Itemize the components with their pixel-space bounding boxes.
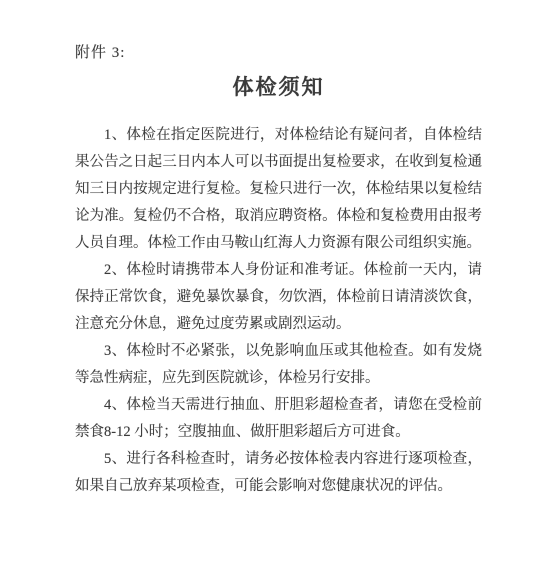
document-page: 附件 3: 体检须知 1、体检在指定医院进行，对体检结论有疑问者，自体检结果公告…: [0, 0, 557, 587]
paragraph-1: 1、体检在指定医院进行，对体检结论有疑问者，自体检结果公告之日起三日内本人可以书…: [75, 122, 482, 257]
paragraph-3: 3、体检时不必紧张，以免影响血压或其他检查。如有发烧等急性病症，应先到医院就诊，…: [75, 338, 482, 392]
document-body: 1、体检在指定医院进行，对体检结论有疑问者，自体检结果公告之日起三日内本人可以书…: [75, 122, 482, 500]
paragraph-2: 2、体检时请携带本人身份证和准考证。体检前一天内，请保持正常饮食，避免暴饮暴食，…: [75, 257, 482, 338]
document-title: 体检须知: [75, 74, 482, 100]
paragraph-4: 4、体检当天需进行抽血、肝胆彩超检查者，请您在受检前禁食8-12 小时；空腹抽血…: [75, 392, 482, 446]
attachment-label: 附件 3:: [75, 44, 482, 62]
paragraph-5: 5、进行各科检查时，请务必按体检表内容进行逐项检查，如果自己放弃某项检查，可能会…: [75, 446, 482, 500]
